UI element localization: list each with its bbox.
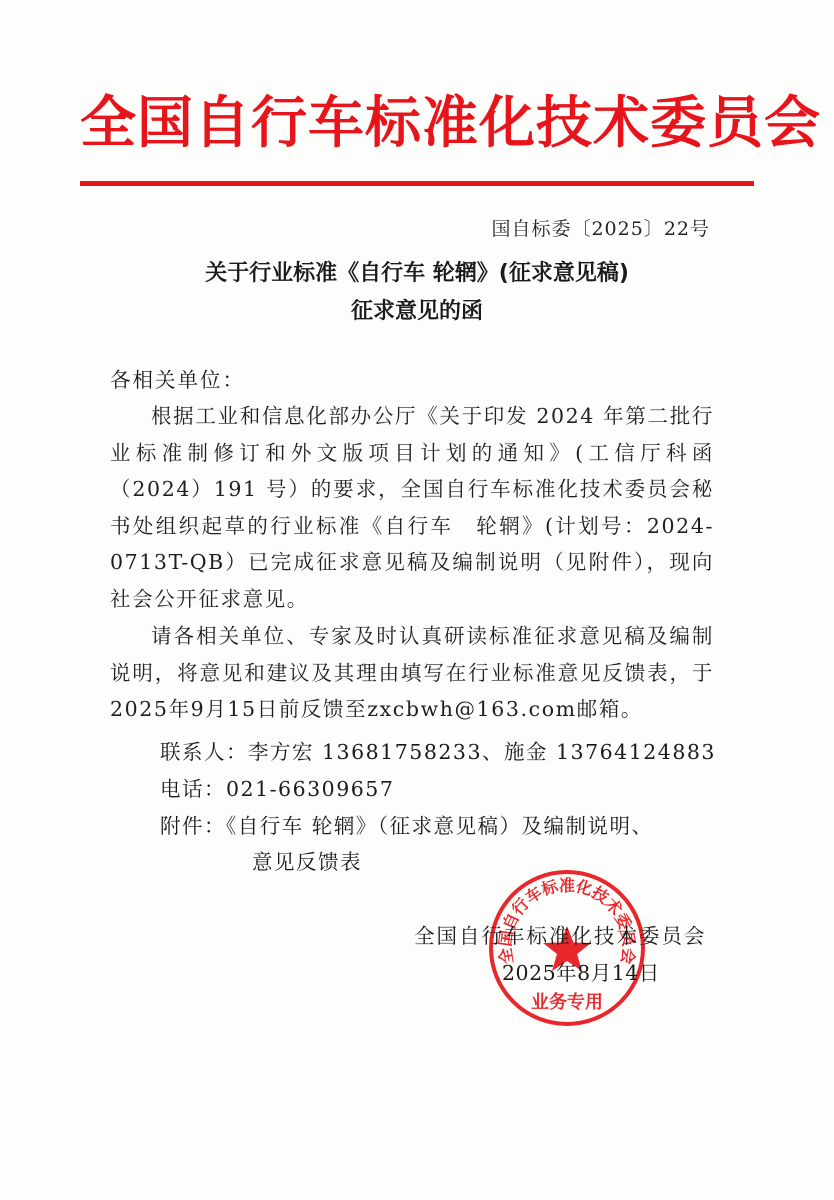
document-title-line2: 征求意见的函 — [100, 294, 734, 325]
document-number: 国自标委〔2025〕22号 — [491, 214, 710, 241]
letterhead-title: 全国自行车标准化技术委员会 — [80, 88, 756, 160]
attachment-list-continued: 意见反馈表 — [252, 844, 362, 880]
letterhead-divider — [80, 181, 754, 186]
document-title-line1: 关于行业标准《自行车 轮辋》(征求意见稿) — [100, 256, 734, 287]
attachment-list: 附件：《自行车 轮辋》（征求意见稿）及编制说明、 — [160, 808, 654, 844]
letter-page: 全国自行车标准化技术委员会 国自标委〔2025〕22号 关于行业标准《自行车 轮… — [0, 0, 834, 1200]
body-paragraph-1: 根据工业和信息化部办公厅《关于印发 2024 年第二批行业标准制修订和外文版项目… — [110, 398, 714, 617]
contact-phone: 电话：021-66309657 — [160, 771, 394, 807]
body-paragraph-2: 请各相关单位、专家及时认真研读标准征求意见稿及编制说明，将意见和建议及其理由填写… — [110, 618, 714, 728]
salutation: 各相关单位： — [110, 362, 245, 398]
contact-persons: 联系人：李方宏 13681758233、施金 13764124883 — [160, 734, 716, 770]
signatory-organization: 全国自行车标准化技术委员会 — [414, 918, 707, 954]
seal-bottom-text: 业务专用 — [531, 991, 603, 1013]
issue-date: 2025年8月14日 — [502, 955, 660, 991]
